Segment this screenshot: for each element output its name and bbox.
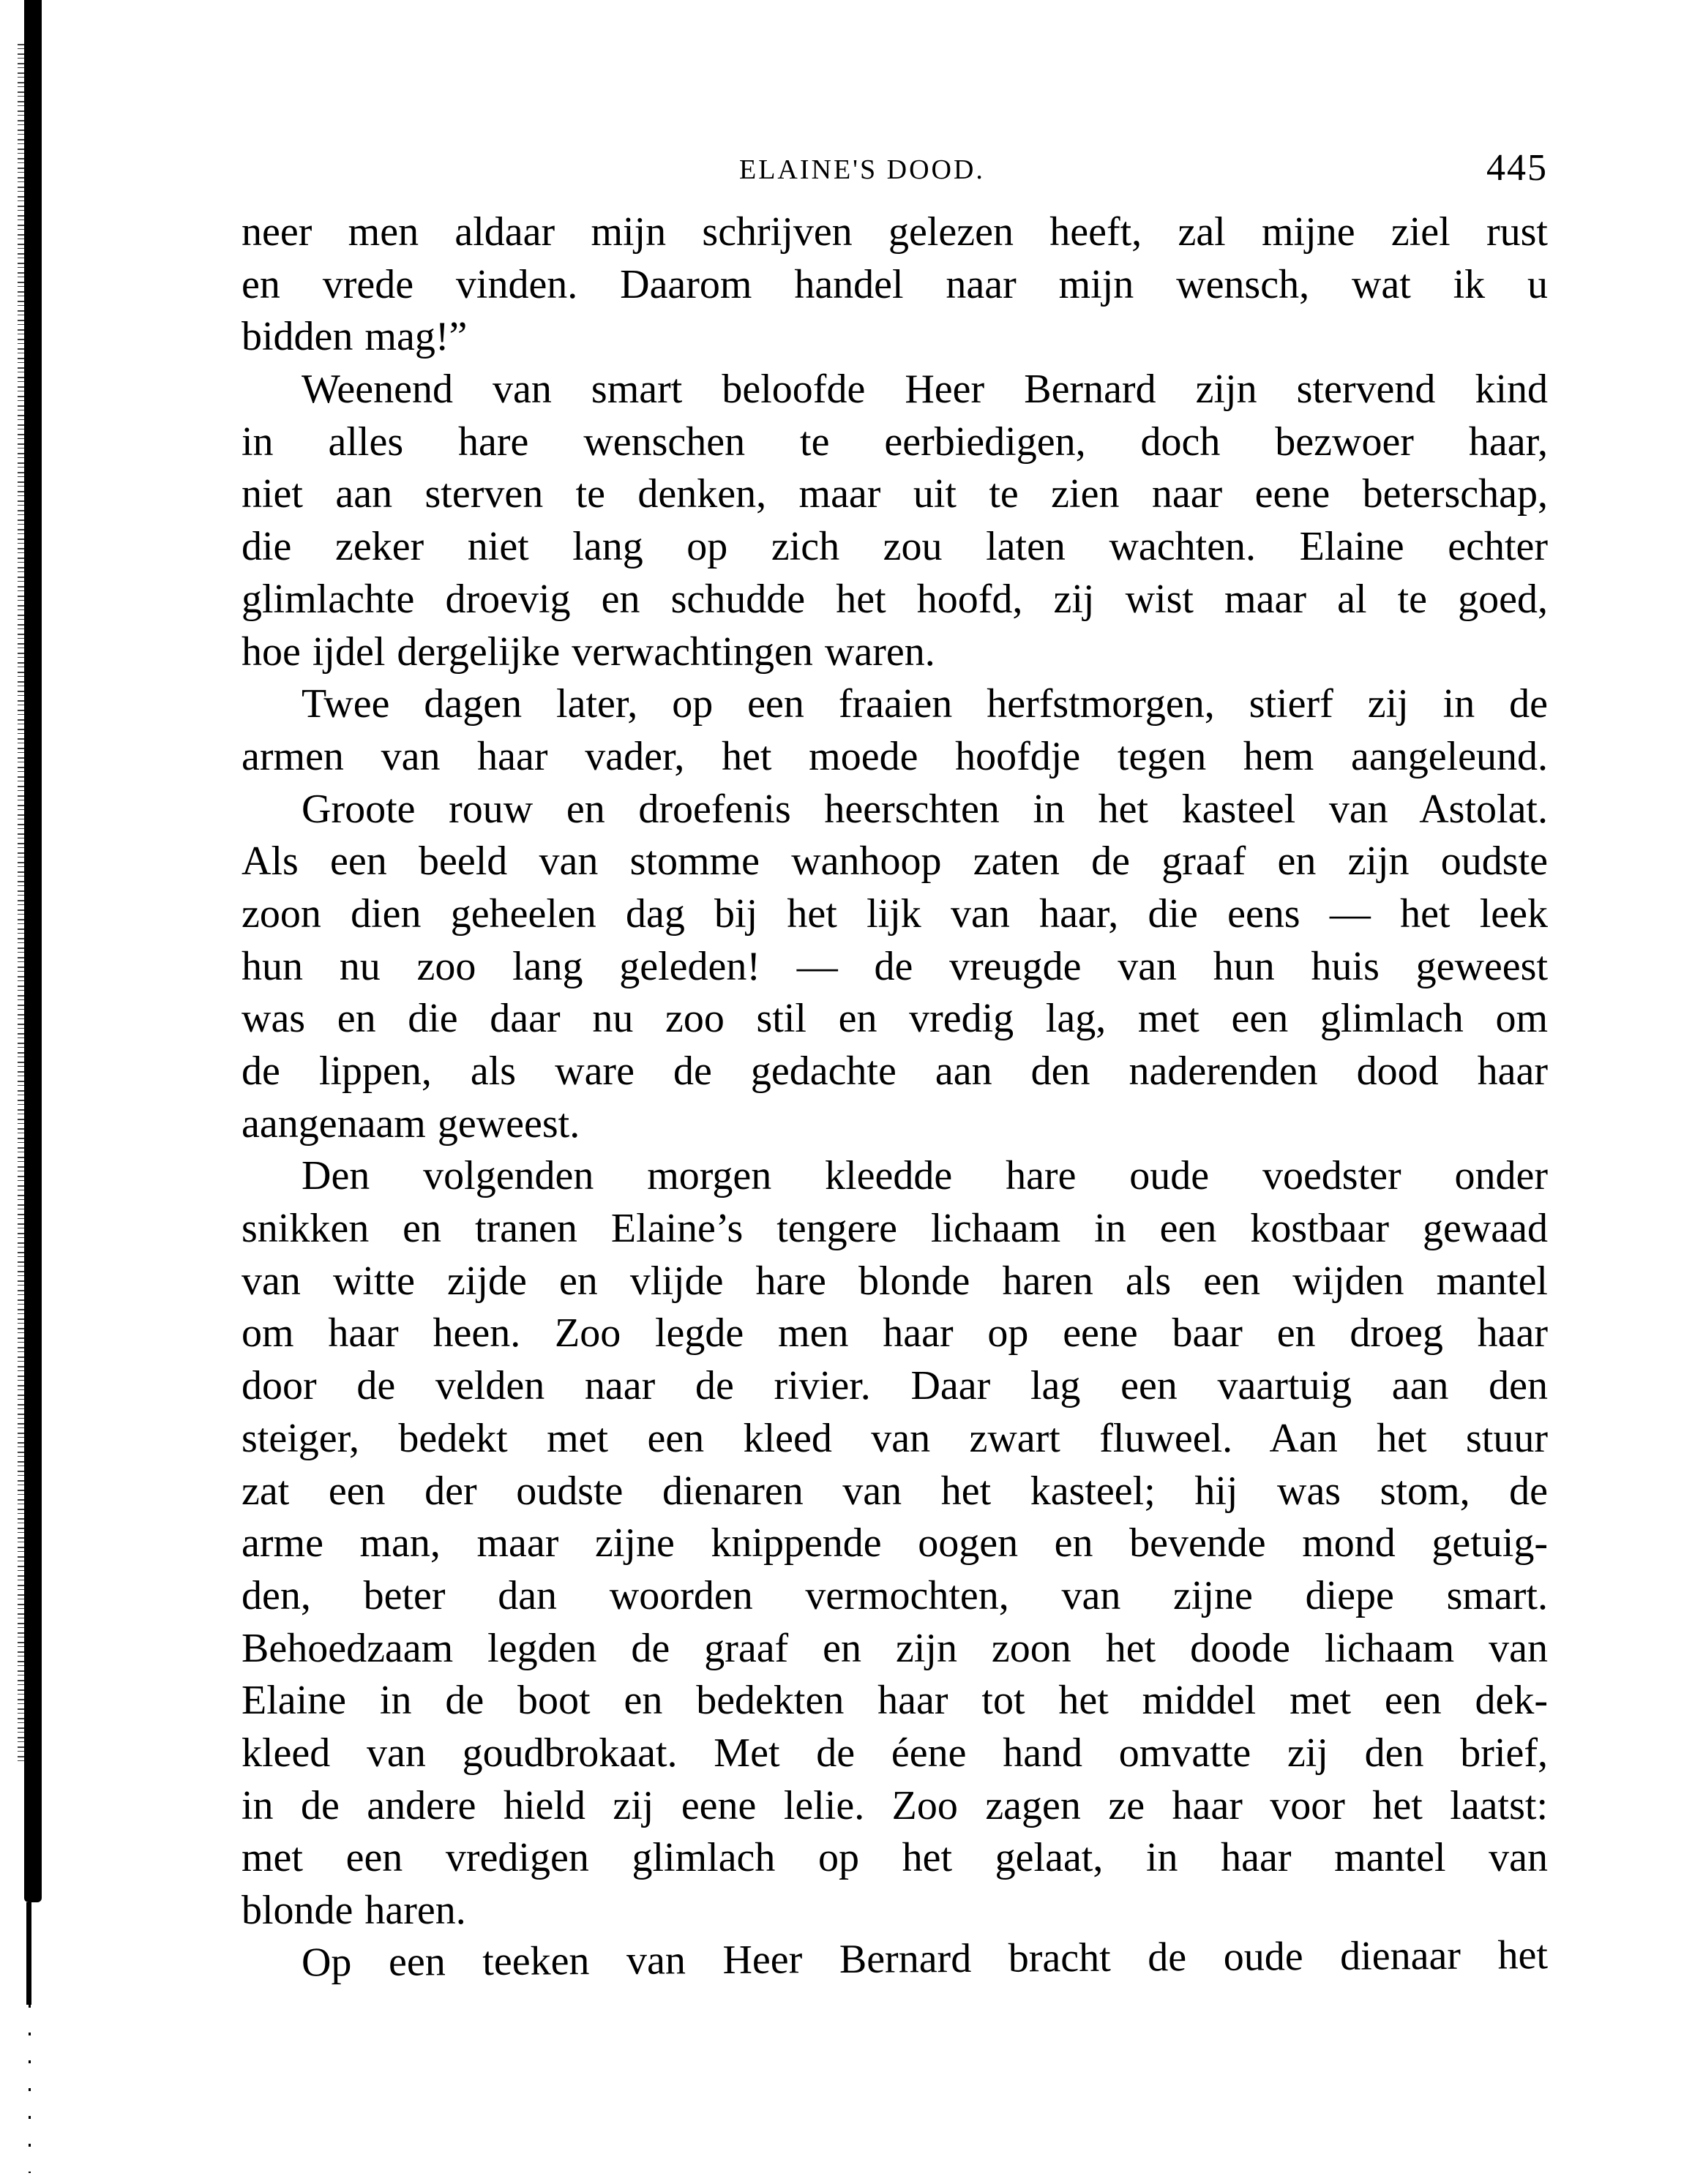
body-text: neer men aldaar mijn schrijven gelezen h… (242, 206, 1548, 1989)
text-line: aangenaam geweest. (242, 1098, 1548, 1151)
text-line: hun nu zoo lang geleden! — de vreugde va… (242, 941, 1548, 994)
running-header: Elaine's dood. 445 (242, 146, 1548, 190)
text-line: met een vredigen glimlach op het gelaat,… (242, 1832, 1548, 1885)
text-line: Als een beeld van stomme wanhoop zaten d… (242, 836, 1548, 888)
text-line: was en die daar nu zoo stil en vredig la… (242, 993, 1548, 1046)
text-line: door de velden naar de rivier. Daar lag … (242, 1360, 1548, 1413)
text-line: glimlachte droevig en schudde het hoofd,… (242, 574, 1548, 626)
text-line: den, beter dan woorden vermochten, van z… (242, 1570, 1548, 1623)
text-line: die zeker niet lang op zich zou laten wa… (242, 521, 1548, 574)
text-line: Op een teeken van Heer Bernard bracht de… (242, 1929, 1548, 1990)
text-line: neer men aldaar mijn schrijven gelezen h… (242, 206, 1548, 259)
text-line: zat een der oudste dienaren van het kast… (242, 1466, 1548, 1518)
text-line: de lippen, als ware de gedachte aan den … (242, 1046, 1548, 1098)
text-line: steiger, bedekt met een kleed van zwart … (242, 1413, 1548, 1466)
text-line: snikken en tranen Elaine’s tengere licha… (242, 1203, 1548, 1256)
running-title: Elaine's dood. (739, 154, 985, 186)
scan-edge-specks (29, 2005, 31, 2173)
text-line: in alles hare wenschen te eerbiedigen, d… (242, 416, 1548, 469)
text-line: hoe ijdel dergelijke verwachtingen waren… (242, 626, 1548, 679)
text-line: van witte zijde en vlijde hare blonde ha… (242, 1256, 1548, 1308)
text-line: en vrede vinden. Daarom handel naar mijn… (242, 259, 1548, 312)
text-line: Elaine in de boot en bedekten haar tot h… (242, 1675, 1548, 1727)
text-line: Weenend van smart beloofde Heer Bernard … (242, 364, 1548, 416)
text-line: Behoedzaam legden de graaf en zijn zoon … (242, 1623, 1548, 1675)
text-line: blonde haren. (242, 1885, 1548, 1937)
text-line: in de andere hield zij eene lelie. Zoo z… (242, 1780, 1548, 1833)
text-line: arme man, maar zijne knippende oogen en … (242, 1517, 1548, 1570)
scan-binding-edge (24, 0, 42, 1902)
text-line: zoon dien geheelen dag bij het lijk van … (242, 888, 1548, 941)
text-line: om haar heen. Zoo legde men haar op eene… (242, 1307, 1548, 1360)
page-number: 445 (1486, 146, 1548, 189)
text-line: Twee dagen later, op een fraaien herfstm… (242, 678, 1548, 731)
text-line: kleed van goudbrokaat. Met de éene hand … (242, 1727, 1548, 1780)
text-line: Groote rouw en droefenis heerschten in h… (242, 784, 1548, 836)
text-line: bidden mag!” (242, 311, 1548, 364)
text-line: niet aan sterven te denken, maar uit te … (242, 468, 1548, 521)
text-line: Den volgenden morgen kleedde hare oude v… (242, 1150, 1548, 1203)
text-line: armen van haar vader, het moede hoofdje … (242, 731, 1548, 784)
scan-binding-edge-tail (26, 1902, 31, 2005)
